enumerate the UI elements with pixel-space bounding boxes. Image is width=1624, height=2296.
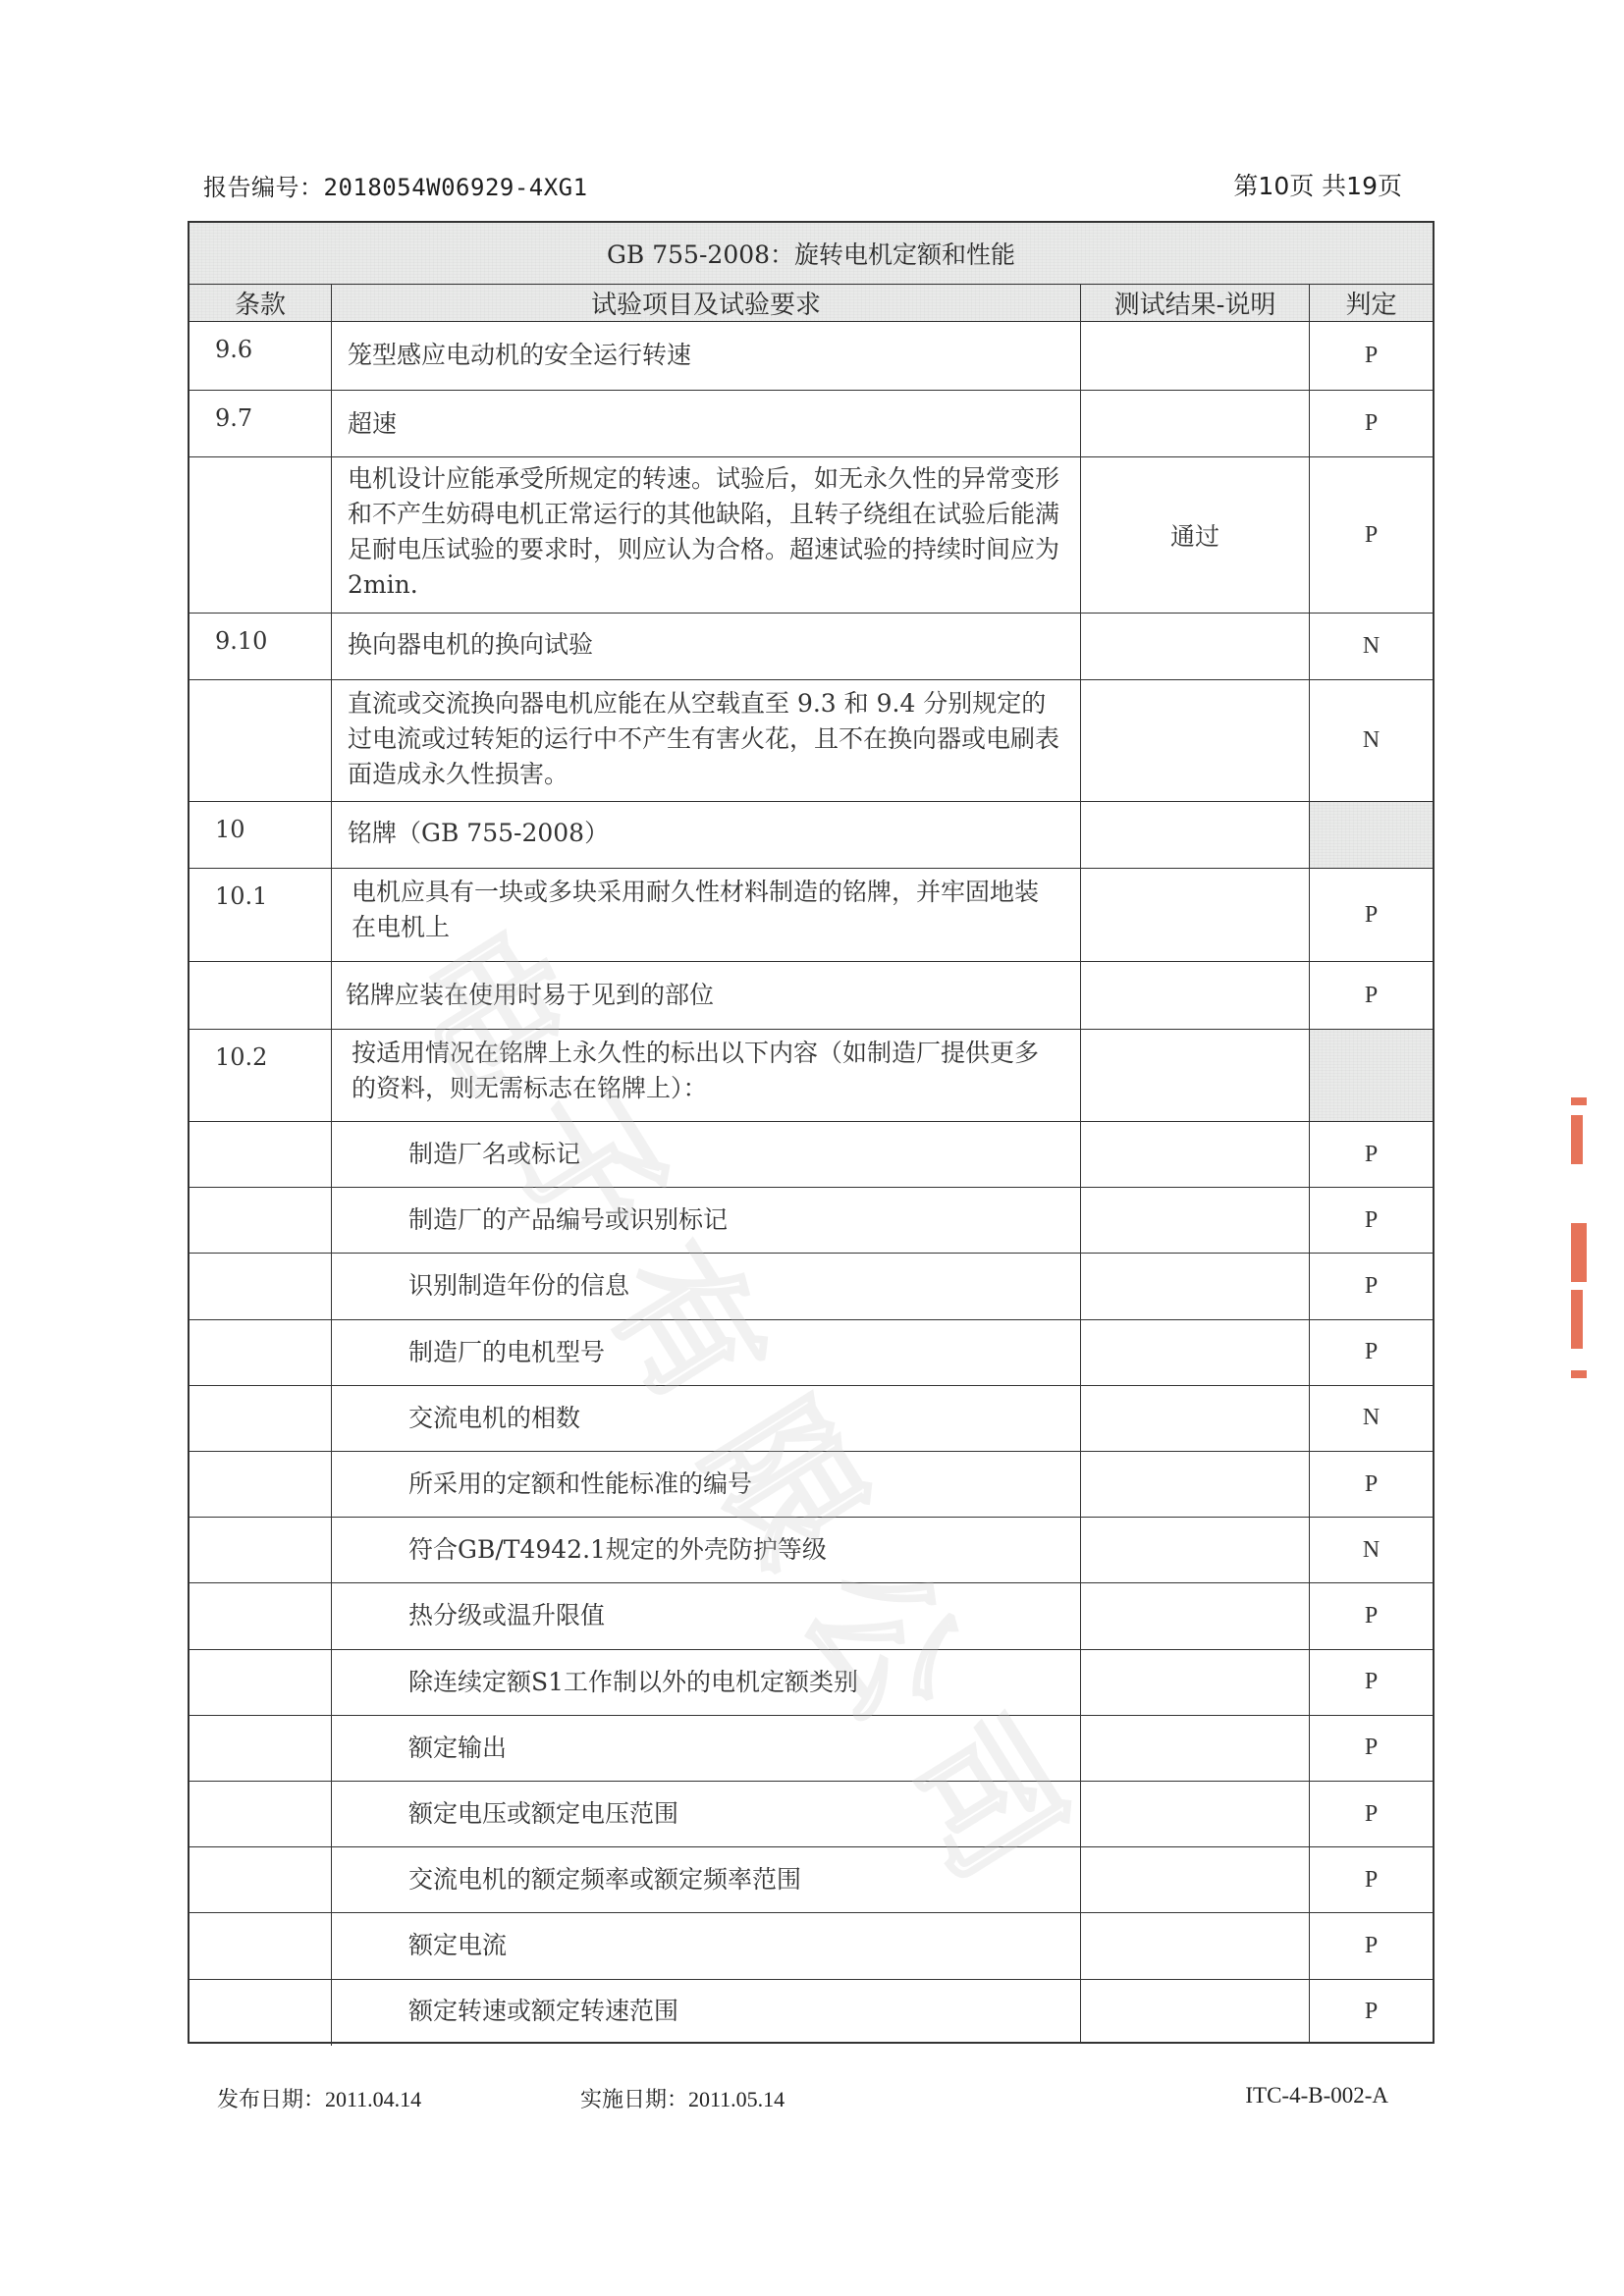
verdict [1310,1030,1433,1121]
item-text: 符合GB/T4942.1规定的外壳防护等级 [408,1518,1062,1582]
effective-date: 实施日期：2011.05.14 [580,2083,785,2113]
result-text [1081,1716,1309,1781]
result-text [1081,1913,1309,1978]
clause-cell-9-7: 9.7 [189,391,332,614]
clause-number: 9.7 [215,404,252,432]
clause-cell-9-10: 9.10 [189,614,332,802]
col-header-verdict: 判定 [1310,285,1433,321]
result-text [1081,1518,1309,1582]
table-row: 电机应具有一块或多块采用耐久性材料制造的铭牌，并牢固地装在电机上 P [189,869,1433,962]
red-seal-stamp-edge [1571,1097,1587,1382]
form-code: ITC-4-B-002-A [1245,2083,1388,2109]
item-text: 按适用情况在铭牌上永久性的标出以下内容（如制造厂提供更多的资料，则无需标志在铭牌… [352,1036,1062,1106]
item-text: 识别制造年份的信息 [408,1254,1062,1318]
verdict: P [1310,1254,1433,1318]
result-text [1081,1847,1309,1912]
result-text [1081,1386,1309,1451]
issue-date: 发布日期：2011.04.14 [217,2083,421,2113]
page-indicator: 第10页 共19页 [1233,167,1402,202]
result-text [1081,1650,1309,1715]
verdict: N [1310,680,1433,801]
page-footer: 发布日期：2011.04.14 实施日期：2011.05.14 ITC-4-B-… [217,2083,1388,2122]
col-header-result: 测试结果-说明 [1081,285,1310,321]
result-text [1081,614,1309,679]
verdict: P [1310,1320,1433,1385]
result-text [1081,1452,1309,1517]
verdict: P [1310,1188,1433,1253]
verdict: P [1310,391,1433,456]
item-text: 所采用的定额和性能标准的编号 [408,1452,1062,1517]
table-row: 按适用情况在铭牌上永久性的标出以下内容（如制造厂提供更多的资料，则无需标志在铭牌… [189,1030,1433,1122]
clause-number: 10 [215,816,245,843]
table-row: 额定电压或额定电压范围 P [189,1782,1433,1847]
page-header: 报告编号：2018054W06929-4XG1 第10页 共19页 [203,165,1402,204]
table-row: 除连续定额S1工作制以外的电机定额类别 P [189,1650,1433,1716]
result-text [1081,1320,1309,1385]
item-text: 热分级或温升限值 [408,1583,1062,1648]
clause-cell-10-2: 10.2 [189,1030,332,2046]
item-text: 制造厂名或标记 [408,1122,1062,1187]
item-text: 额定输出 [408,1716,1062,1781]
verdict: P [1310,1452,1433,1517]
table-row: 直流或交流换向器电机应能在从空载直至 9.3 和 9.4 分别规定的过电流或过转… [189,680,1433,802]
item-text: 制造厂的产品编号或识别标记 [408,1188,1062,1253]
verdict: P [1310,1650,1433,1715]
report-number: 报告编号：2018054W06929-4XG1 [203,168,588,202]
clause-number: 9.6 [215,336,252,363]
clause-cell-10-1: 10.1 [189,869,332,1030]
table-header-row: 条款 试验项目及试验要求 测试结果-说明 判定 [189,285,1433,322]
result-text [1081,962,1309,1029]
table-row: 交流电机的相数 N [189,1386,1433,1452]
item-text: 超速 [348,406,1062,442]
table-row: 额定电流 P [189,1913,1433,1979]
item-text: 交流电机的额定频率或额定频率范围 [408,1847,1062,1912]
result-text [1081,1980,1309,2044]
table-row: 识别制造年份的信息 P [189,1254,1433,1319]
verdict: P [1310,1782,1433,1846]
item-text: 额定转速或额定转速范围 [408,1980,1062,2044]
item-text: 直流或交流换向器电机应能在从空载直至 9.3 和 9.4 分别规定的过电流或过转… [348,686,1062,792]
result-text [1081,322,1309,390]
item-text: 铭牌应装在使用时易于见到的部位 [346,978,1062,1013]
table-row: 额定输出 P [189,1716,1433,1782]
result-text [1081,1583,1309,1648]
verdict: P [1310,1847,1433,1912]
table-row: 制造厂名或标记 P [189,1122,1433,1188]
result-text [1081,680,1309,801]
table-title-row: GB 755-2008：旋转电机定额和性能 [189,223,1433,285]
result-text [1081,1122,1309,1187]
verdict: P [1310,962,1433,1029]
verdict-not-applicable-cell [1310,802,1433,868]
item-text: 笼型感应电动机的安全运行转速 [348,338,1062,373]
verdict: N [1310,1386,1433,1451]
col-header-item: 试验项目及试验要求 [332,285,1081,321]
table-row: 9.6 笼型感应电动机的安全运行转速 P [189,322,1433,391]
verdict: P [1310,1913,1433,1978]
result-text [1081,1030,1309,1121]
col-header-clause: 条款 [189,285,332,321]
verdict: P [1310,1583,1433,1648]
verdict: P [1310,1122,1433,1187]
verdict-not-applicable-cell [1310,1030,1433,1121]
result-text [1081,1188,1309,1253]
verdict: P [1310,1980,1433,2044]
verdict: P [1310,1716,1433,1781]
verdict: N [1310,1518,1433,1582]
clause-number: 9.10 [215,627,267,655]
item-text: 除连续定额S1工作制以外的电机定额类别 [408,1650,1062,1715]
item-text: 电机应具有一块或多块采用耐久性材料制造的铭牌，并牢固地装在电机上 [352,875,1062,945]
verdict [1310,802,1433,868]
item-text: 制造厂的电机型号 [408,1320,1062,1385]
table-row: 电机设计应能承受所规定的转速。试验后，如无永久性的异常变形和不产生妨碍电机正常运… [189,457,1433,614]
clause-number: 10.1 [215,882,267,910]
table-row: 所采用的定额和性能标准的编号 P [189,1452,1433,1518]
item-text: 额定电压或额定电压范围 [408,1782,1062,1846]
verdict: P [1310,869,1433,961]
item-text: 额定电流 [408,1913,1062,1978]
table-row: 换向器电机的换向试验 N [189,614,1433,680]
table-row: 铭牌应装在使用时易于见到的部位 P [189,962,1433,1030]
verdict: P [1310,322,1433,390]
table-row: 交流电机的额定频率或额定频率范围 P [189,1847,1433,1913]
result-text: 通过 [1081,457,1309,613]
result-text [1081,1782,1309,1846]
result-text [1081,802,1309,868]
result-text [1081,1254,1309,1318]
test-report-table: GB 755-2008：旋转电机定额和性能 条款 试验项目及试验要求 测试结果-… [188,221,1435,2044]
item-text: 换向器电机的换向试验 [348,627,1062,663]
item-text: 铭牌（GB 755-2008） [348,816,1062,851]
item-text: 交流电机的相数 [408,1386,1062,1451]
clause-number: 10.2 [215,1043,267,1071]
item-text: 电机设计应能承受所规定的转速。试验后，如无永久性的异常变形和不产生妨碍电机正常运… [348,461,1062,603]
table-row: 热分级或温升限值 P [189,1583,1433,1649]
table-row: 制造厂的产品编号或识别标记 P [189,1188,1433,1254]
table-row: 额定转速或额定转速范围 P [189,1980,1433,2044]
verdict: P [1310,457,1433,613]
result-text [1081,391,1309,456]
table-row: 符合GB/T4942.1规定的外壳防护等级 N [189,1518,1433,1583]
verdict: N [1310,614,1433,679]
table-row: 超速 P [189,391,1433,457]
table-row: 制造厂的电机型号 P [189,1320,1433,1386]
table-title: GB 755-2008：旋转电机定额和性能 [189,223,1433,284]
table-row: 10 铭牌（GB 755-2008） [189,802,1433,869]
result-text [1081,869,1309,961]
